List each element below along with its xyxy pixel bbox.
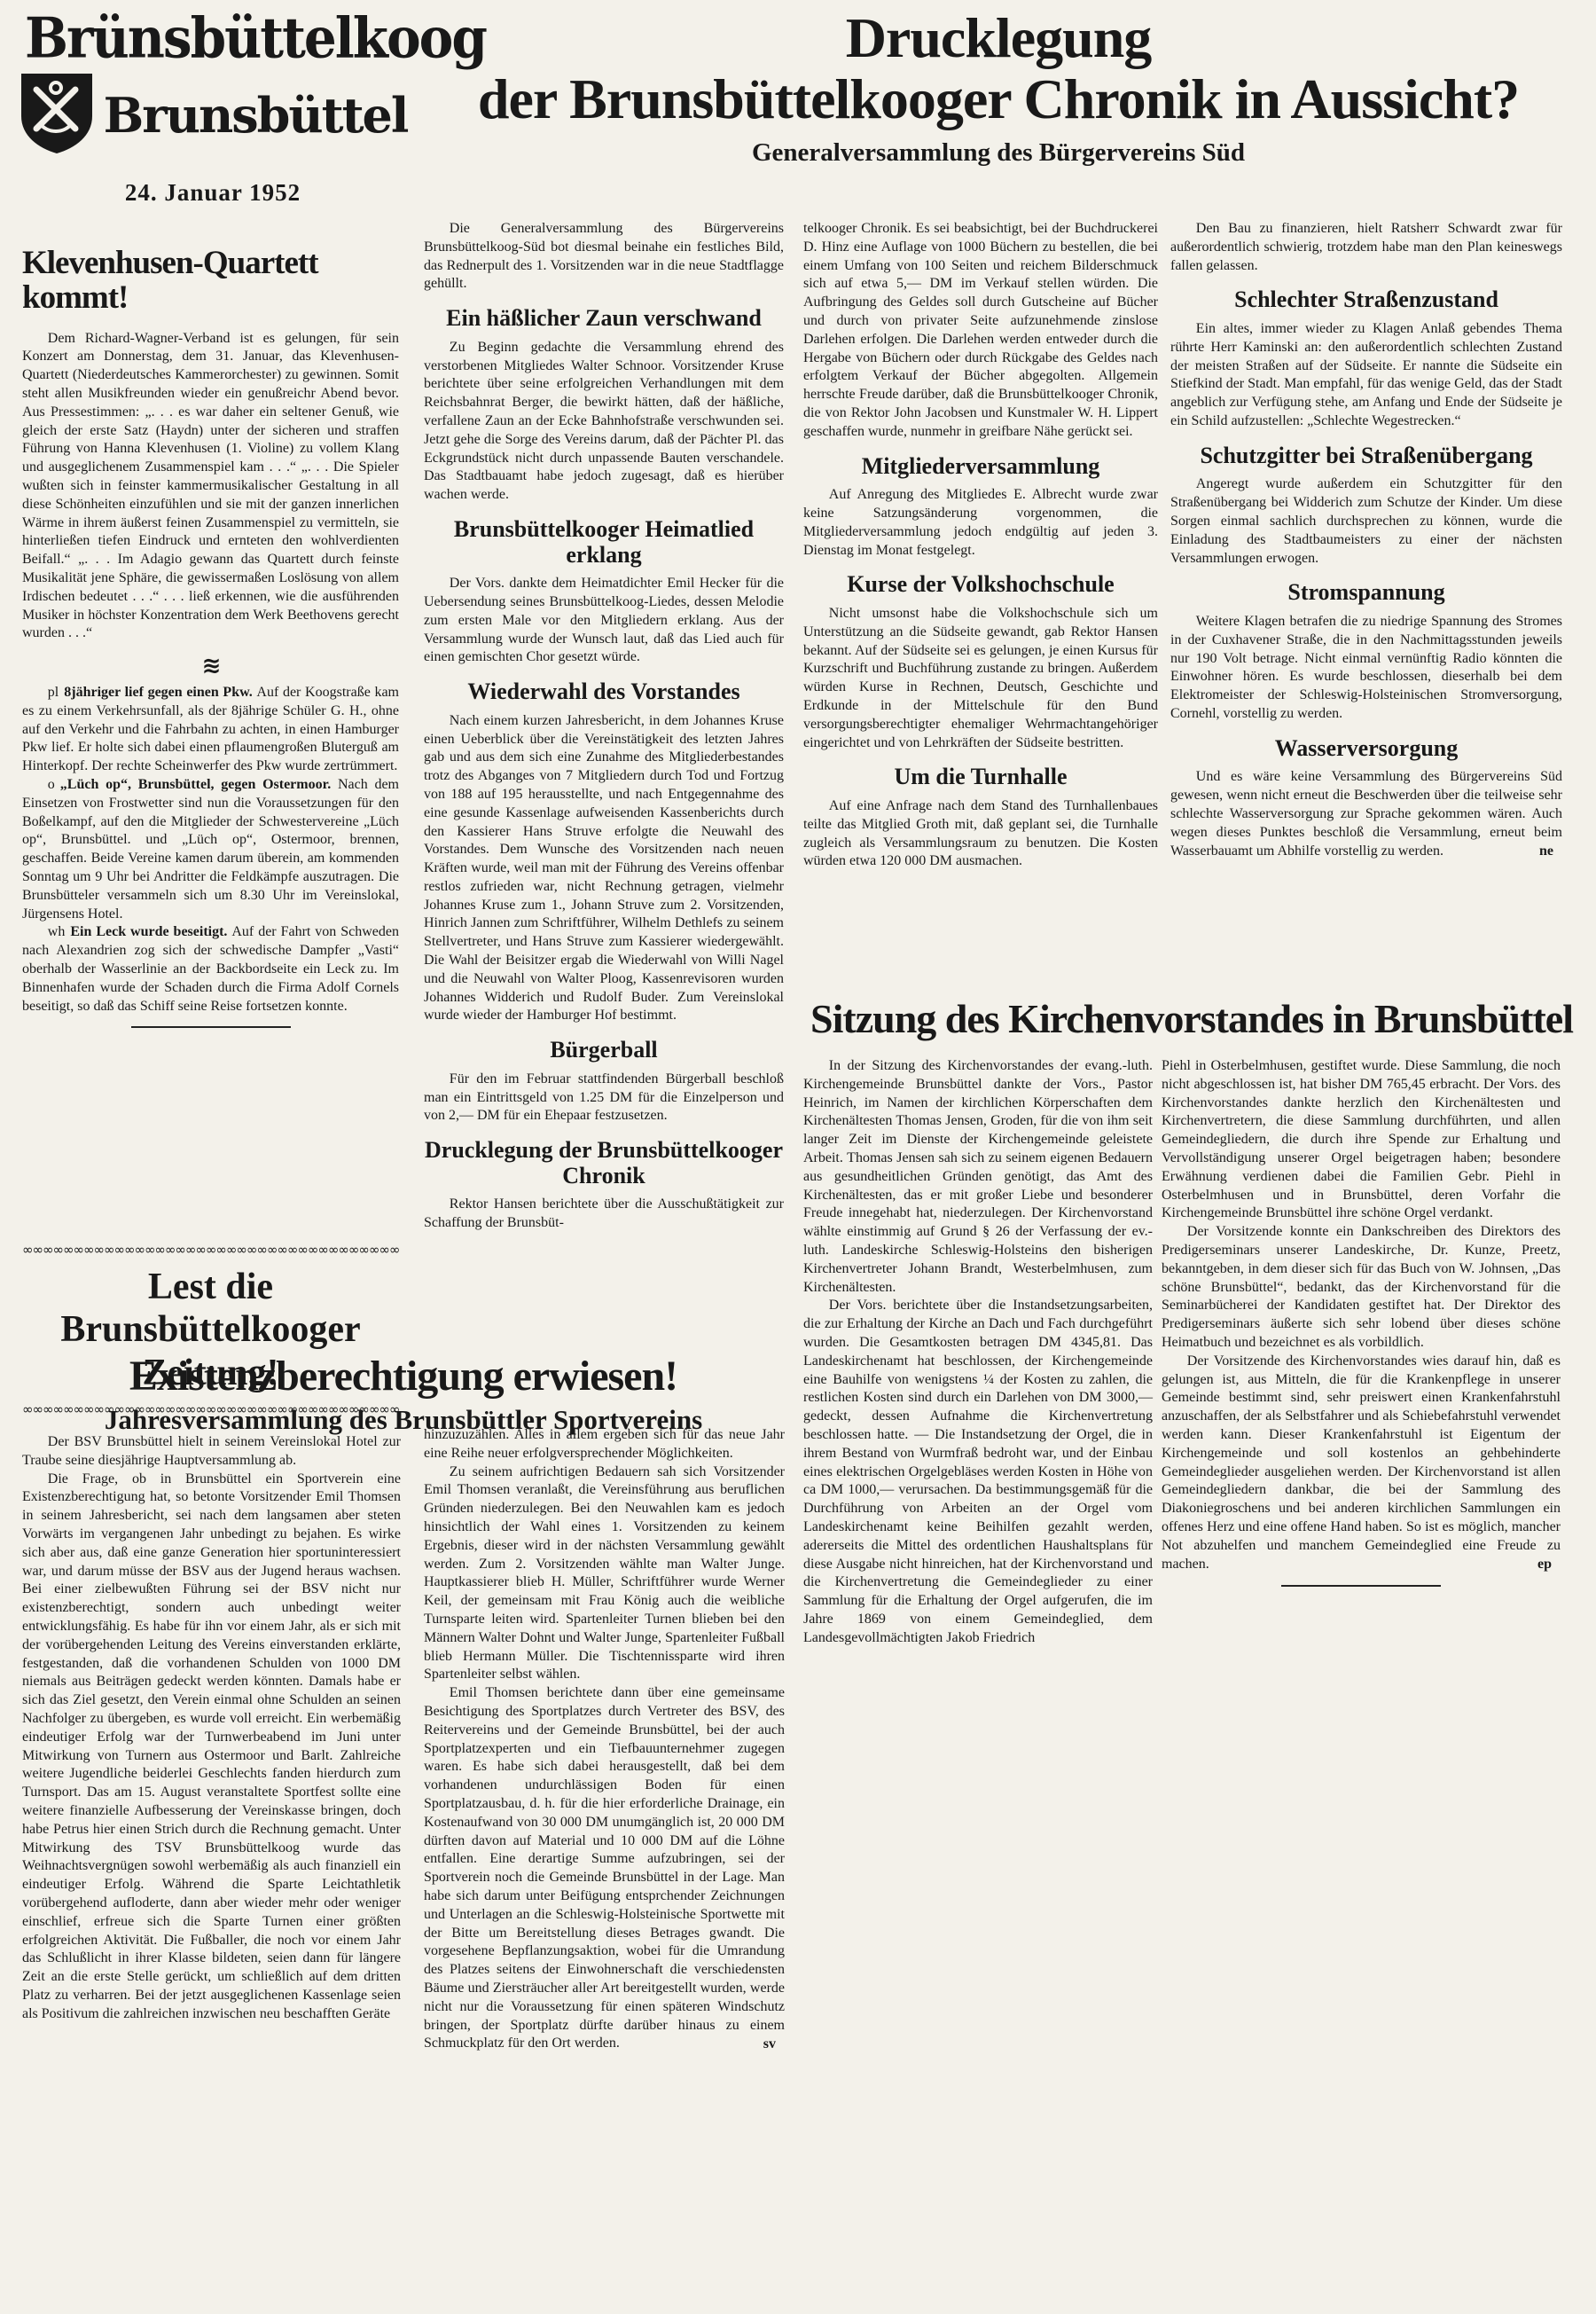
sportverein-headline: Existenzberechtigung erwiesen! (22, 1352, 785, 1400)
paragraph: Der Vors. berichtete über die Instandset… (803, 1297, 1153, 1647)
lead-article-column-3: Den Bau zu finanzieren, hielt Ratsherr S… (1170, 220, 1562, 861)
section-subhead: Drucklegung der Brunsbüttelkooger Chroni… (424, 1138, 784, 1188)
news-item-mark: wh (48, 924, 71, 939)
lead-subhead: Generalversammlung des Bürgervereins Süd (417, 138, 1580, 168)
section-subhead: Bürgerball (424, 1038, 784, 1063)
paragraph: hinzuzuzählen. Alles in allem ergeben si… (424, 1426, 785, 1463)
section-subhead: Stromspannung (1170, 580, 1562, 606)
paragraph: Nach einem kurzen Jahresbericht, in dem … (424, 712, 784, 1026)
masthead-emblem (19, 70, 95, 160)
news-item-lead: 8jähriger lief gegen einen Pkw. (64, 685, 256, 700)
squiggle-divider: ≋ (22, 652, 399, 682)
masthead: Brünsbüttelkoog Brunsbüttel (25, 12, 401, 207)
paragraph: Auf Anregung des Mitgliedes E. Albrecht … (803, 486, 1158, 560)
promo-box-border-top: ∞∞∞∞∞∞∞∞∞∞∞∞∞∞∞∞∞∞∞∞∞∞∞∞∞∞∞∞∞∞∞∞∞∞∞∞∞∞∞∞… (22, 1243, 399, 1257)
paragraph: Den Bau zu finanzieren, hielt Ratsherr S… (1170, 220, 1562, 275)
paragraph: Der Vorsitzende konnte ein Dankschreiben… (1162, 1223, 1561, 1353)
paragraph: Die Frage, ob in Brunsbüttel ein Sportve… (22, 1471, 401, 2024)
news-item: o„Lüch op“, Brunsbüttel, gegen Ostermoor… (22, 776, 399, 923)
section-subhead: Ein häßlicher Zaun verschwand (424, 306, 784, 332)
section-subhead: Schlechter Straßenzustand (1170, 287, 1562, 313)
sportverein-column-1: Der BSV Brunsbüttel hielt in seinem Vere… (22, 1433, 401, 2024)
news-item-lead: „Lüch op“, Brunsbüttel, gegen Ostermoor. (60, 777, 338, 792)
masthead-title-line2: Brunsbüttel (104, 87, 408, 144)
paragraph: Der BSV Brunsbüttel hielt in seinem Vere… (22, 1433, 401, 1471)
section-subhead: Kurse der Volkshochschule (803, 572, 1158, 598)
issue-date: 24. Januar 1952 (25, 179, 401, 207)
paragraph: Rektor Hansen berichtete über die Aussch… (424, 1196, 784, 1233)
news-item-text: Nach dem Einsetzen von Frostwetter sind … (22, 777, 399, 922)
paragraph: In der Sitzung des Kirchenvorstandes der… (803, 1057, 1153, 1297)
divider-rule (1281, 1585, 1441, 1587)
section-subhead: Schutzgitter bei Straßenübergang (1170, 443, 1562, 469)
section-subhead: Um die Turnhalle (803, 765, 1158, 790)
section-subhead: Wiederwahl des Vorstandes (424, 679, 784, 705)
lead-article-column-1: Die Generalversammlung des Bürgervereins… (424, 220, 784, 1233)
paragraph: Angeregt wurde außerdem ein Schutzgitter… (1170, 475, 1562, 568)
paragraph: Nicht umsonst habe die Volkshochschule s… (803, 605, 1158, 752)
article-headline: Klevenhusen-Quartett kommt! (22, 247, 399, 316)
lead-article-header: Drucklegung der Brunsbüttelkooger Chroni… (417, 7, 1580, 168)
paragraph: Emil Thomsen berichtete dann über eine g… (424, 1684, 785, 2053)
lead-headline-line2: der Brunsbüttelkooger Chronik in Aussich… (417, 68, 1580, 129)
paragraph: Die Generalversammlung des Bürgervereins… (424, 220, 784, 294)
kirchenvorstand-headline: Sitzung des Kirchenvorstandes in Brunsbü… (803, 995, 1580, 1042)
paragraph: Dem Richard-Wagner-Verband ist es gelung… (22, 330, 399, 644)
kirchenvorstand-column-2: Piehl in Osterbelmhusen, gestiftet wurde… (1162, 1057, 1561, 1596)
news-item: pl8jähriger lief gegen einen Pkw. Auf de… (22, 684, 399, 776)
paragraph: Der Vors. dankte dem Heimatdichter Emil … (424, 575, 784, 667)
section-subhead: Wasserversorgung (1170, 736, 1562, 762)
paragraph: Ein altes, immer wieder zu Klagen Anlaß … (1170, 320, 1562, 431)
divider-rule (131, 1026, 291, 1028)
paragraph: telkooger Chronik. Es sei beabsichtigt, … (803, 220, 1158, 442)
section-subhead: Mitgliederversammlung (803, 454, 1158, 480)
local-news-column: Klevenhusen-Quartett kommt!Dem Richard-W… (22, 247, 399, 1037)
paragraph: Auf eine Anfrage nach dem Stand des Turn… (803, 797, 1158, 871)
newspaper-page: Brünsbüttelkoog Brunsbüttel (0, 0, 1596, 2314)
paragraph: Zu seinem aufrichtigen Bedauern sah sich… (424, 1463, 785, 1685)
news-item: whEin Leck wurde beseitigt. Auf der Fahr… (22, 923, 399, 1016)
sportverein-header: Existenzberechtigung erwiesen! Jahresver… (22, 1352, 785, 1436)
paragraph: Der Vorsitzende des Kirchenvorstandes wi… (1162, 1353, 1561, 1574)
author-initials: ep (1162, 1556, 1561, 1574)
news-item-mark: o (48, 777, 60, 792)
lead-article-column-2: telkooger Chronik. Es sei beabsichtigt, … (803, 220, 1158, 871)
news-item-mark: pl (48, 685, 64, 700)
sportverein-column-2: hinzuzuzählen. Alles in allem ergeben si… (424, 1426, 785, 2054)
paragraph: Für den im Februar stattfindenden Bürger… (424, 1071, 784, 1126)
kirchenvorstand-column-1: In der Sitzung des Kirchenvorstandes der… (803, 1057, 1153, 1648)
masthead-title-line1: Brünsbüttelkoog (25, 11, 401, 67)
paragraph: Zu Beginn gedachte die Versammlung ehren… (424, 339, 784, 505)
lead-headline-line1: Drucklegung (417, 7, 1580, 68)
news-item-lead: Ein Leck wurde beseitigt. (70, 924, 231, 939)
paragraph: Weitere Klagen betrafen die zu niedrige … (1170, 613, 1562, 724)
section-subhead: Brunsbüttelkooger Heimatlied erklang (424, 517, 784, 568)
paragraph: Piehl in Osterbelmhusen, gestiftet wurde… (1162, 1057, 1561, 1223)
